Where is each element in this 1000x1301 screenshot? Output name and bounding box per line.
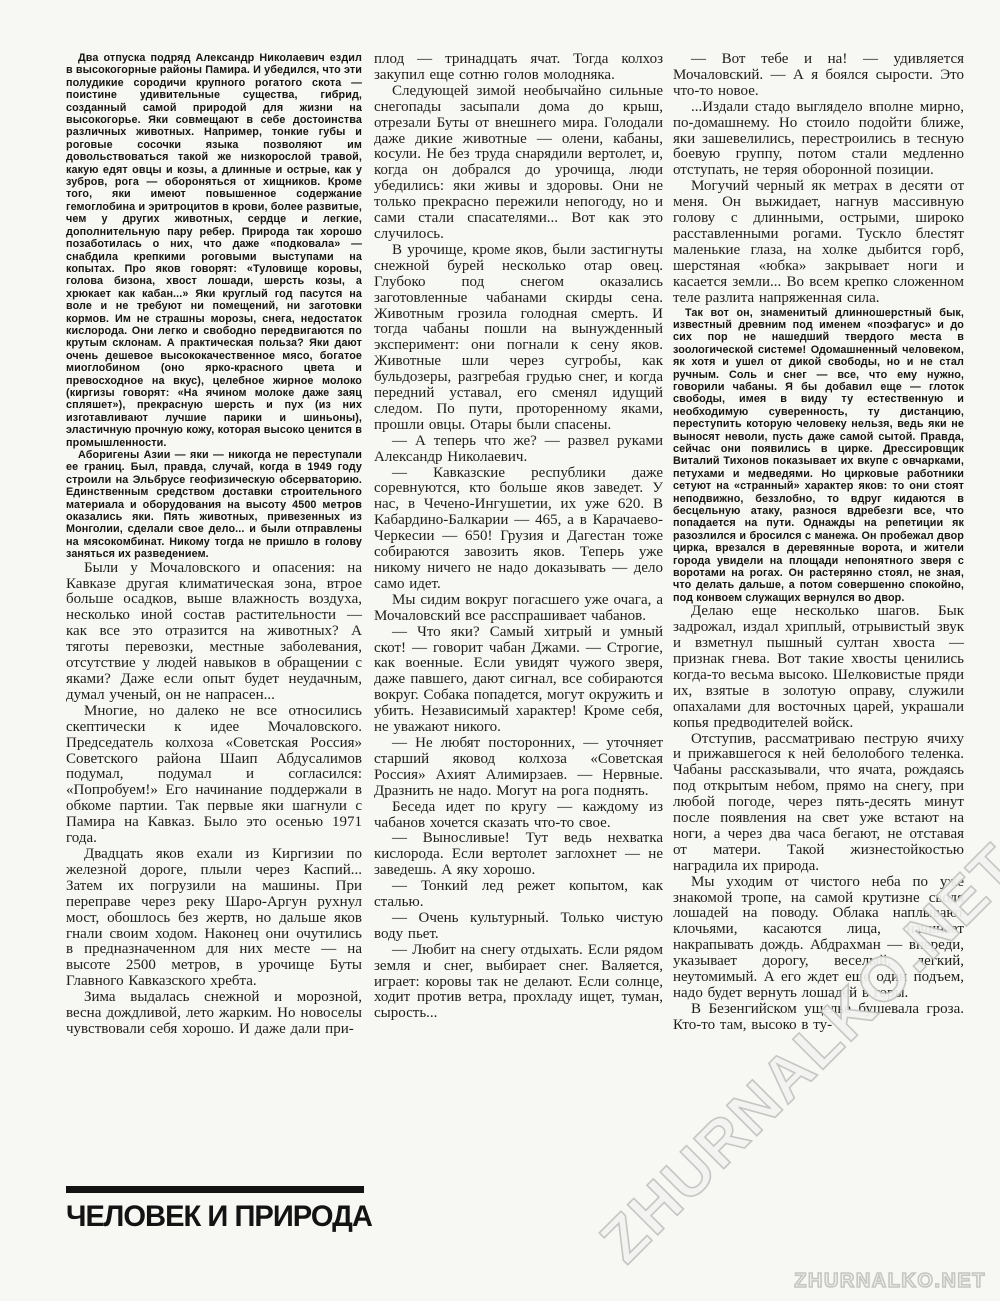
paragraph: Два отпуска подряд Александр Николаевич … xyxy=(66,52,362,449)
paragraph: — Очень культурный. Только чистую воду п… xyxy=(374,911,663,943)
section-heading-block: ЧЕЛОВЕК И ПРИРОДА xyxy=(66,1186,364,1234)
paragraph: — Любит на снегу отдыхать. Если рядом зе… xyxy=(374,943,663,1023)
paragraph: Многие, но далеко не все относились скеп… xyxy=(66,704,362,847)
section-heading: ЧЕЛОВЕК И ПРИРОДА xyxy=(66,1200,355,1234)
heading-rule xyxy=(66,1186,364,1193)
paragraph: Следующей зимой необычайно сильные снего… xyxy=(374,84,663,243)
paragraph: Были у Мочаловского и опасения: на Кавка… xyxy=(66,561,362,704)
paragraph: Двадцать яков ехали из Киргизии по желез… xyxy=(66,847,362,990)
paragraph: Делаю еще несколько шагов. Бык задрожал,… xyxy=(673,604,964,731)
paragraph: ...Издали стадо выглядело вполне мирно, … xyxy=(673,100,964,180)
paragraph: — Вот тебе и на! — удивляется Мочаловски… xyxy=(673,52,964,100)
column-left: Два отпуска подряд Александр Николаевич … xyxy=(66,52,362,1038)
paragraph: В урочище, кроме яков, были застигнуты с… xyxy=(374,243,663,434)
paragraph: Беседа идет по кругу — каждому из чабано… xyxy=(374,800,663,832)
paragraph: Могучий черный як метрах в десяти от мен… xyxy=(673,179,964,306)
paragraph: — Выносливые! Тут ведь нехватка кислород… xyxy=(374,831,663,879)
paragraph: В Безенгийском ущелье бушевала гроза. Кт… xyxy=(673,1002,964,1034)
paragraph: Так вот он, знаменитый длинношерстный бы… xyxy=(673,307,964,605)
column-right: — Вот тебе и на! — удивляется Мочаловски… xyxy=(673,52,964,1034)
paragraph: — Тонкий лед режет копытом, как сталью. xyxy=(374,879,663,911)
paragraph: — А теперь что же? — развел руками Алекс… xyxy=(374,434,663,466)
paragraph: — Кавказские республики даже соревнуются… xyxy=(374,466,663,593)
paragraph: — Что яки? Самый хитрый и умный скот! — … xyxy=(374,625,663,736)
paragraph: плод — тринадцать ячат. Тогда колхоз зак… xyxy=(374,52,663,84)
watermark-corner: ZHURNALKO.NET xyxy=(794,1270,986,1293)
paragraph: Зима выдалась снежной и морозной, весна … xyxy=(66,990,362,1038)
paragraph: Мы сидим вокруг погасшего уже очага, а М… xyxy=(374,593,663,625)
paragraph: — Не любят посторонних, — уточняет старш… xyxy=(374,736,663,800)
magazine-page: Два отпуска подряд Александр Николаевич … xyxy=(0,0,1000,1301)
paragraph: Аборигены Азии — яки — никогда не перест… xyxy=(66,449,362,561)
paragraph: Мы уходим от чистого неба по уже знакомо… xyxy=(673,875,964,1002)
paragraph: Отступив, рассматриваю пеструю ячиху и п… xyxy=(673,732,964,875)
column-middle: плод — тринадцать ячат. Тогда колхоз зак… xyxy=(374,52,663,1022)
